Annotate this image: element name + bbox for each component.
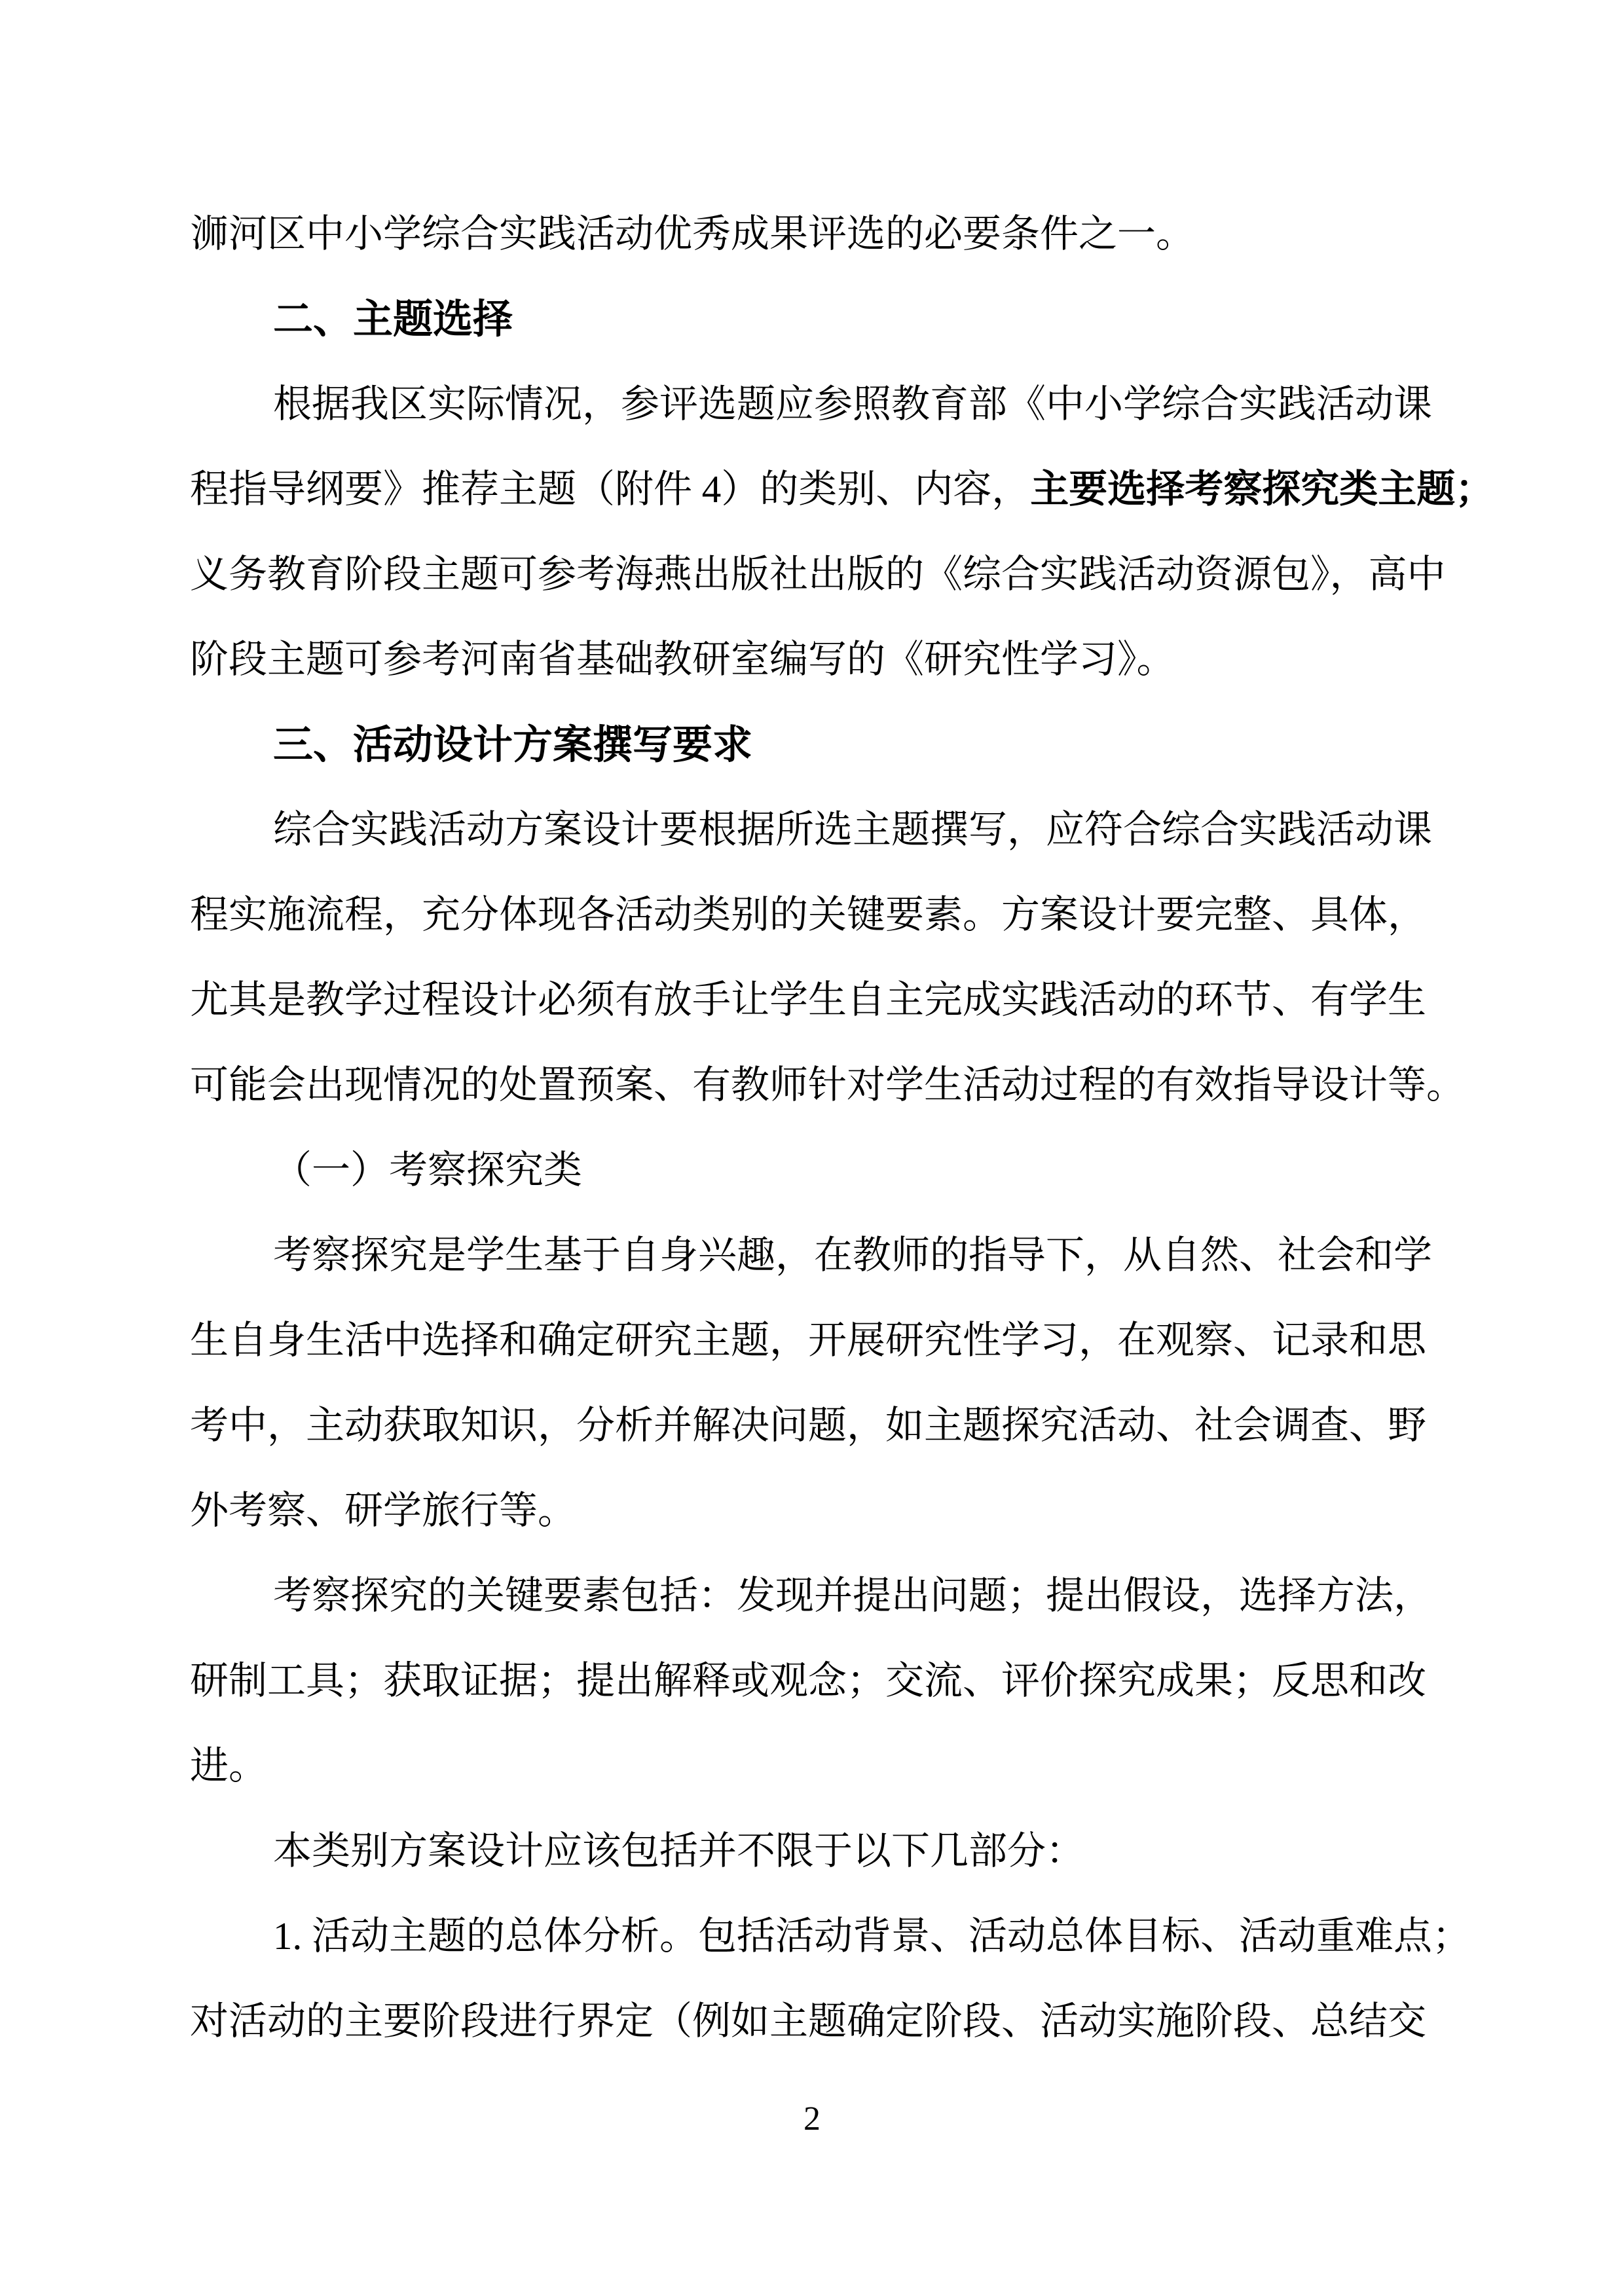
body-line: 考察探究的关键要素包括：发现并提出问题；提出假设，选择方法，: [190, 1553, 1438, 1638]
body-line: 考察探究是学生基于自身兴趣，在教师的指导下，从自然、社会和学: [190, 1212, 1438, 1298]
body-line: 研制工具；获取证据；提出解释或观念；交流、评价探究成果；反思和改: [190, 1638, 1438, 1723]
body-line: 尤其是教学过程设计必须有放手让学生自主完成实践活动的环节、有学生: [190, 957, 1438, 1042]
body-line: 可能会出现情况的处置预案、有教师针对学生活动过程的有效指导设计等。: [190, 1042, 1438, 1127]
document-page: 浉河区中小学综合实践活动优秀成果评选的必要条件之一。 二、主题选择 根据我区实际…: [0, 0, 1624, 2296]
section-2-heading: 二、主题选择: [190, 276, 1438, 361]
document-body: 浉河区中小学综合实践活动优秀成果评选的必要条件之一。 二、主题选择 根据我区实际…: [190, 191, 1438, 2064]
body-line: 义务教育阶段主题可参考海燕出版社出版的《综合实践活动资源包》，高中: [190, 532, 1438, 617]
body-line: 考中，主动获取知识，分析并解决问题，如主题探究活动、社会调查、野: [190, 1383, 1438, 1468]
page-number: 2: [0, 2077, 1624, 2162]
body-line: 程指导纲要》推荐主题（附件 4）的类别、内容，主要选择考察探究类主题；: [190, 446, 1438, 532]
body-line: 根据我区实际情况，参评选题应参照教育部《中小学综合实践活动课: [190, 361, 1438, 446]
body-line: 本类别方案设计应该包括并不限于以下几部分：: [190, 1808, 1438, 1893]
subsection-1-heading: （一）考察探究类: [190, 1127, 1438, 1212]
body-line: 进。: [190, 1723, 1438, 1808]
body-text-segment: 程指导纲要》推荐主题（附件 4）的类别、内容，: [190, 467, 1030, 511]
body-line: 综合实践活动方案设计要根据所选主题撰写，应符合综合实践活动课: [190, 787, 1438, 872]
body-line: 1. 活动主题的总体分析。包括活动背景、活动总体目标、活动重难点；: [190, 1893, 1438, 1978]
body-line: 阶段主题可参考河南省基础教研室编写的《研究性学习》。: [190, 617, 1438, 702]
bold-emphasis-segment: 主要选择考察探究类主题；: [1030, 467, 1494, 511]
section-3-heading: 三、活动设计方案撰写要求: [190, 702, 1438, 787]
body-line: 外考察、研学旅行等。: [190, 1468, 1438, 1553]
body-line: 程实施流程，充分体现各活动类别的关键要素。方案设计要完整、具体，: [190, 872, 1438, 957]
body-line: 对活动的主要阶段进行界定（例如主题确定阶段、活动实施阶段、总结交: [190, 1978, 1438, 2064]
body-line: 浉河区中小学综合实践活动优秀成果评选的必要条件之一。: [190, 191, 1438, 276]
body-line: 生自身生活中选择和确定研究主题，开展研究性学习，在观察、记录和思: [190, 1298, 1438, 1383]
